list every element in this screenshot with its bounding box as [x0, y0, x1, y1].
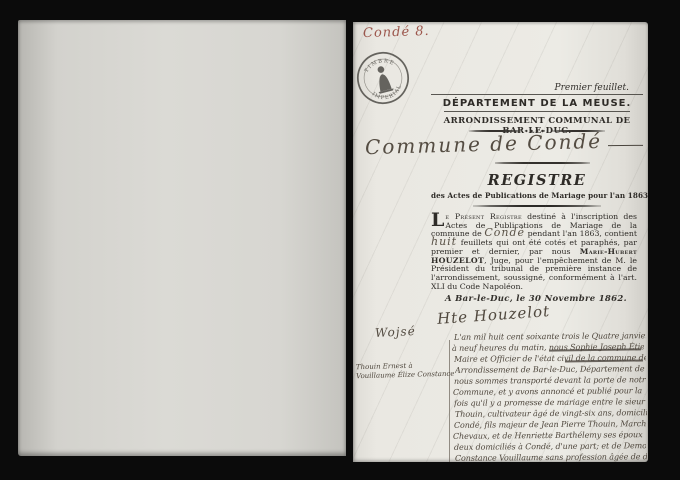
lead-smallcaps: e Présent Registre — [445, 212, 522, 221]
department-heading: DÉPARTEMENT DE LA MEUSE. — [431, 98, 643, 109]
register-subtitle: des Actes de Publications de Mariage pou… — [431, 191, 643, 200]
act-margin-names: Thouin Ernest à Vouillaume Élize Constan… — [356, 361, 448, 381]
imperial-tax-stamp-icon: TIMBRE IMPERIAL — [353, 42, 418, 114]
scanned-register-page: Condé 8. TIMBRE IMPERIAL Premier feuille… — [0, 0, 680, 480]
act-line: Thouin, cultivateur âgé de vingt-six ans… — [455, 408, 647, 419]
act-line: Maire et Officier de l'état civil de la … — [454, 353, 646, 364]
commune-handwritten-line: Commune de Condé — [365, 132, 643, 156]
drop-cap: L — [431, 213, 445, 228]
fill-in-rule — [608, 145, 643, 146]
act-line: nous sommes transporté devant la porte d… — [454, 375, 646, 386]
register-title-page: Condé 8. TIMBRE IMPERIAL Premier feuille… — [353, 22, 648, 462]
clerk-margin-word: Wojsé — [375, 324, 416, 340]
act-line: Condé, fils majeur de Jean Pierre Thouin… — [454, 419, 646, 430]
act-line: Commune, et y avons annoncé et publié po… — [453, 386, 645, 397]
judge-signature-handwritten: Hte Houzelot — [437, 302, 551, 328]
act-margin-rule — [449, 340, 450, 462]
act-line: à neuf heures du matin, nous Sophie Jose… — [452, 342, 644, 353]
swelled-rule — [473, 205, 600, 207]
act-line: Constance Vouillaume sans profession âgé… — [455, 452, 647, 462]
commune-script-text: Commune de Condé — [365, 129, 603, 159]
act-line: fois qu'il y a promesse de mariage entre… — [454, 397, 646, 408]
margin-name-bride: Vouillaume Élize Constance — [356, 370, 448, 381]
blank-left-page — [18, 20, 346, 456]
ornament-rule — [495, 162, 590, 164]
rule-divider — [444, 111, 631, 112]
folio-label: Premier feuillet. — [555, 83, 629, 93]
act-line: Arrondissement de Bar-le-Duc, Départemen… — [455, 364, 647, 375]
preamble-paragraph: Le Présent Registre destiné à l'inscript… — [431, 213, 637, 291]
rule-divider — [431, 94, 643, 95]
archival-annotation: Condé 8. — [363, 24, 430, 41]
register-title: REGISTRE — [431, 172, 643, 189]
act-line: deux domiciliés à Condé, d'une part; et … — [454, 441, 646, 452]
act-line: L'an mil huit cent soixante trois le Qua… — [454, 331, 646, 342]
act-line: Chevaux, et de Henriette Barthélemy ses … — [453, 430, 645, 441]
